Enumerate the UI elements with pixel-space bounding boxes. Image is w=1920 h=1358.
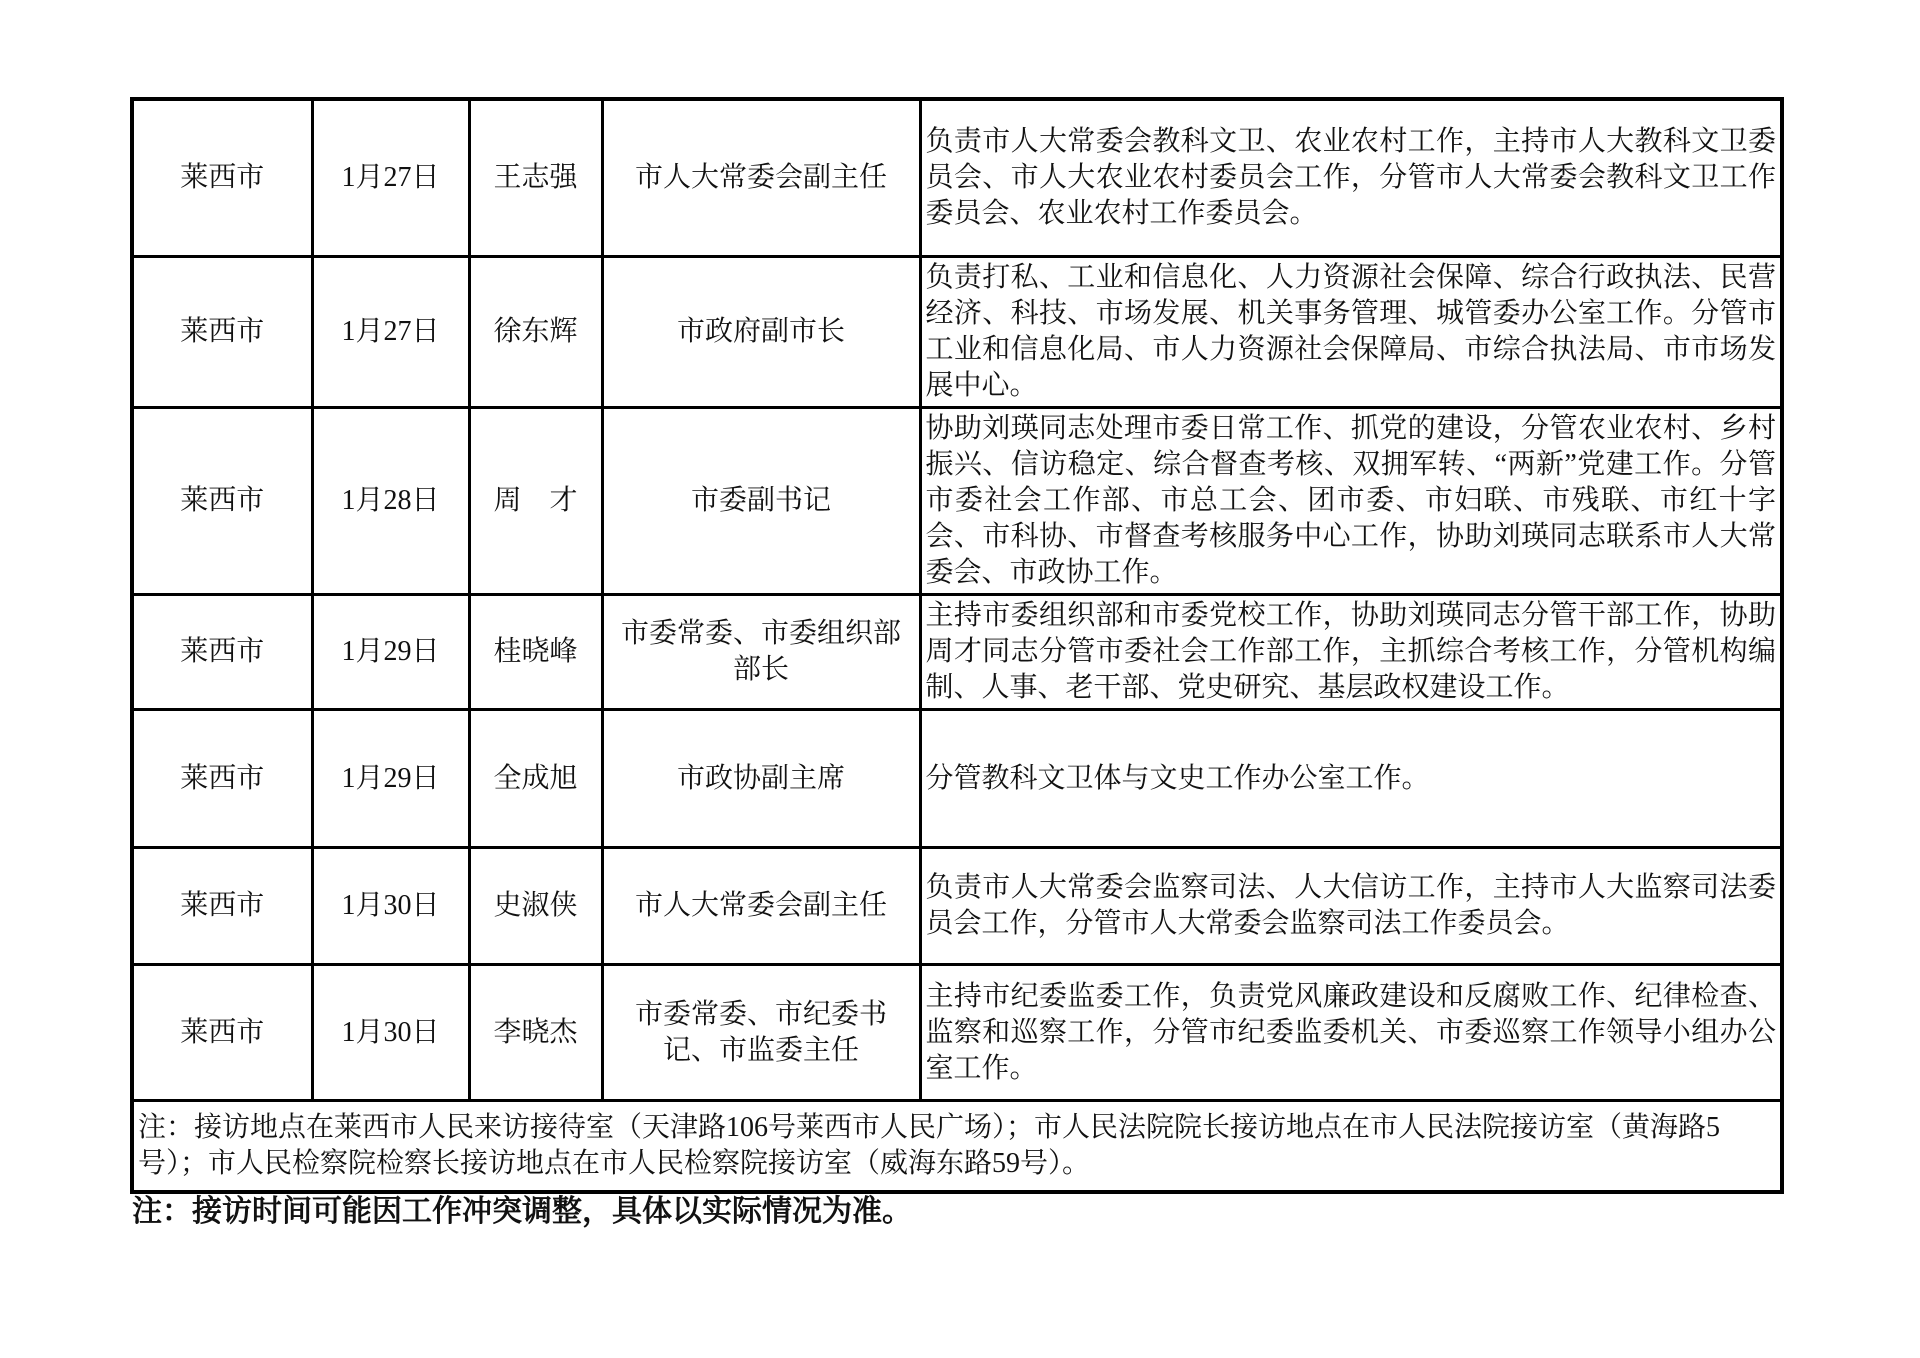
cell-position: 市委常委、市纪委书记、市监委主任 <box>602 965 920 1101</box>
table-row: 莱西市1月29日桂晓峰市委常委、市委组织部部长主持市委组织部和市委党校工作，协助… <box>132 595 1782 710</box>
table-row: 莱西市1月29日全成旭市政协副主席分管教科文卫体与文史工作办公室工作。 <box>132 710 1782 848</box>
cell-name: 李晓杰 <box>469 965 602 1101</box>
cell-date: 1月30日 <box>312 848 469 965</box>
cell-duties: 负责市人大常委会监察司法、人大信访工作，主持市人大监察司法委员会工作，分管市人大… <box>920 848 1782 965</box>
cell-position: 市委常委、市委组织部部长 <box>602 595 920 710</box>
cell-date: 1月30日 <box>312 965 469 1101</box>
cell-name: 王志强 <box>469 99 602 257</box>
table-row: 莱西市1月27日王志强市人大常委会副主任负责市人大常委会教科文卫、农业农村工作，… <box>132 99 1782 257</box>
document-page: 莱西市1月27日王志强市人大常委会副主任负责市人大常委会教科文卫、农业农村工作，… <box>0 0 1920 1358</box>
cell-date: 1月27日 <box>312 257 469 408</box>
cell-name: 桂晓峰 <box>469 595 602 710</box>
cell-city: 莱西市 <box>132 848 312 965</box>
cell-date: 1月28日 <box>312 408 469 595</box>
table-row: 莱西市1月30日史淑侠市人大常委会副主任负责市人大常委会监察司法、人大信访工作，… <box>132 848 1782 965</box>
cell-city: 莱西市 <box>132 408 312 595</box>
cell-position: 市政府副市长 <box>602 257 920 408</box>
cell-city: 莱西市 <box>132 965 312 1101</box>
cell-duties: 主持市纪委监委工作，负责党风廉政建设和反腐败工作、纪律检查、监察和巡察工作，分管… <box>920 965 1782 1101</box>
cell-city: 莱西市 <box>132 595 312 710</box>
cell-duties: 负责市人大常委会教科文卫、农业农村工作，主持市人大教科文卫委员会、市人大农业农村… <box>920 99 1782 257</box>
table-row: 莱西市1月28日周 才市委副书记协助刘瑛同志处理市委日常工作、抓党的建设，分管农… <box>132 408 1782 595</box>
cell-position: 市人大常委会副主任 <box>602 848 920 965</box>
cell-date: 1月27日 <box>312 99 469 257</box>
cell-city: 莱西市 <box>132 710 312 848</box>
table-row: 莱西市1月27日徐东辉市政府副市长负责打私、工业和信息化、人力资源社会保障、综合… <box>132 257 1782 408</box>
cell-duties: 协助刘瑛同志处理市委日常工作、抓党的建设，分管农业农村、乡村振兴、信访稳定、综合… <box>920 408 1782 595</box>
cell-city: 莱西市 <box>132 257 312 408</box>
time-adjustment-note: 注：接访时间可能因工作冲突调整，具体以实际情况为准。 <box>132 1192 1782 1232</box>
cell-position: 市委副书记 <box>602 408 920 595</box>
cell-name: 全成旭 <box>469 710 602 848</box>
cell-date: 1月29日 <box>312 710 469 848</box>
cell-name: 史淑侠 <box>469 848 602 965</box>
cell-position: 市人大常委会副主任 <box>602 99 920 257</box>
cell-duties: 负责打私、工业和信息化、人力资源社会保障、综合行政执法、民营经济、科技、市场发展… <box>920 257 1782 408</box>
cell-duties: 主持市委组织部和市委党校工作，协助刘瑛同志分管干部工作，协助周才同志分管市委社会… <box>920 595 1782 710</box>
footnote-row: 注：接访地点在莱西市人民来访接待室（天津路106号莱西市人民广场）；市人民法院院… <box>132 1101 1782 1193</box>
location-footnote: 注：接访地点在莱西市人民来访接待室（天津路106号莱西市人民广场）；市人民法院院… <box>132 1101 1782 1193</box>
reception-schedule-table: 莱西市1月27日王志强市人大常委会副主任负责市人大常委会教科文卫、农业农村工作，… <box>130 97 1784 1194</box>
cell-duties: 分管教科文卫体与文史工作办公室工作。 <box>920 710 1782 848</box>
cell-city: 莱西市 <box>132 99 312 257</box>
cell-position: 市政协副主席 <box>602 710 920 848</box>
table-row: 莱西市1月30日李晓杰市委常委、市纪委书记、市监委主任主持市纪委监委工作，负责党… <box>132 965 1782 1101</box>
cell-name: 周 才 <box>469 408 602 595</box>
cell-name: 徐东辉 <box>469 257 602 408</box>
schedule-table-body: 莱西市1月27日王志强市人大常委会副主任负责市人大常委会教科文卫、农业农村工作，… <box>132 99 1782 1192</box>
cell-date: 1月29日 <box>312 595 469 710</box>
